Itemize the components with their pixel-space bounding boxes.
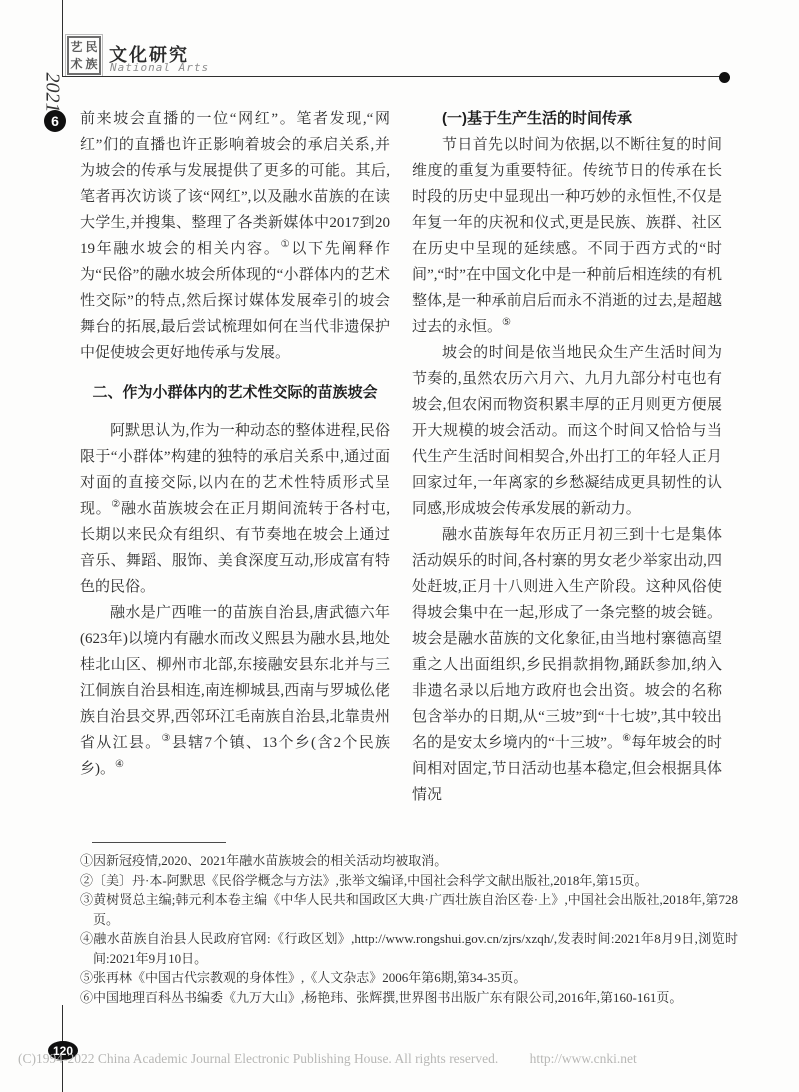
seal-char: 民: [85, 41, 97, 53]
footnote-item: ⑤张再林《中国古代宗教观的身体性》,《人文杂志》2006年第6期,第34-35页…: [80, 968, 738, 988]
section-heading: 二、作为小群体内的艺术性交际的苗族坡会: [80, 380, 390, 406]
header-rule: [62, 76, 724, 77]
column-left: 前来坡会直播的一位“网红”。笔者发现,“网红”们的直播也许正影响着坡会的承启关系…: [80, 106, 390, 782]
copyright-line: (C)1994-2022 China Academic Journal Elec…: [18, 1051, 788, 1067]
body-paragraph: 融水苗族每年农历正月初三到十七是集体活动娱乐的时间,各村寨的男女老少举家出动,四…: [412, 522, 722, 808]
footnote-item: ②〔美〕丹·本-阿默思《民俗学概念与方法》,张举文编译,中国社会科学文献出版社,…: [80, 871, 738, 891]
column-right: (一)基于生产生活的时间传承 节日首先以时间为依据,以不断往复的时间维度的重复为…: [412, 106, 722, 808]
body-paragraph: 融水是广西唯一的苗族自治县,唐武德六年(623年)以境内有融水而改义熙县为融水县…: [80, 600, 390, 782]
seal-char: 艺: [70, 41, 82, 53]
copyright-text: (C)1994-2022 China Academic Journal Elec…: [18, 1051, 498, 1066]
seal-char: 术: [70, 58, 82, 70]
body-paragraph: 节日首先以时间为依据,以不断往复的时间维度的重复为重要特征。传统节日的传承在长时…: [412, 132, 722, 340]
journal-seal-logo-icon: 民 族 艺 术: [67, 36, 101, 75]
footnote-item: ⑥中国地理百科丛书编委《九万大山》,杨艳玮、张辉撰,世界图书出版广东有限公司,2…: [80, 988, 738, 1008]
footnote-item: ③黄树贤总主编;韩元利本卷主编《中华人民共和国政区大典·广西壮族自治区卷·上》,…: [80, 890, 738, 929]
year-label: 2021: [41, 71, 64, 115]
body-paragraph: 前来坡会直播的一位“网红”。笔者发现,“网红”们的直播也许正影响着坡会的承启关系…: [80, 106, 390, 366]
subsection-heading: (一)基于生产生活的时间传承: [412, 106, 722, 132]
footnote-item: ①因新冠疫情,2020、2021年融水苗族坡会的相关活动均被取消。: [80, 851, 738, 871]
footnote-item: ④融水苗族自治县人民政府官网:《行政区划》,http://www.rongshu…: [80, 929, 738, 968]
footnote-separator: [92, 842, 226, 843]
issue-number-badge: 6: [44, 110, 66, 132]
seal-char: 族: [85, 58, 97, 70]
journal-subtitle: National Arts: [110, 61, 209, 74]
journal-page: 民 族 艺 术 文化研究 National Arts 2021 6 前来坡会直播…: [0, 0, 799, 1092]
footnotes-block: ①因新冠疫情,2020、2021年融水苗族坡会的相关活动均被取消。 ②〔美〕丹·…: [80, 851, 738, 1007]
cnki-url: http://www.cnki.net: [530, 1051, 637, 1066]
body-paragraph: 阿默思认为,作为一种动态的整体进程,民俗限于“小群体”构建的独特的承启关系中,通…: [80, 418, 390, 600]
body-paragraph: 坡会的时间是依当地民众生产生活时间为节奏的,虽然农历六月六、九月九部分村屯也有坡…: [412, 340, 722, 522]
header-vertical-rule: [62, 0, 63, 77]
header-end-dot-icon: [719, 72, 730, 83]
